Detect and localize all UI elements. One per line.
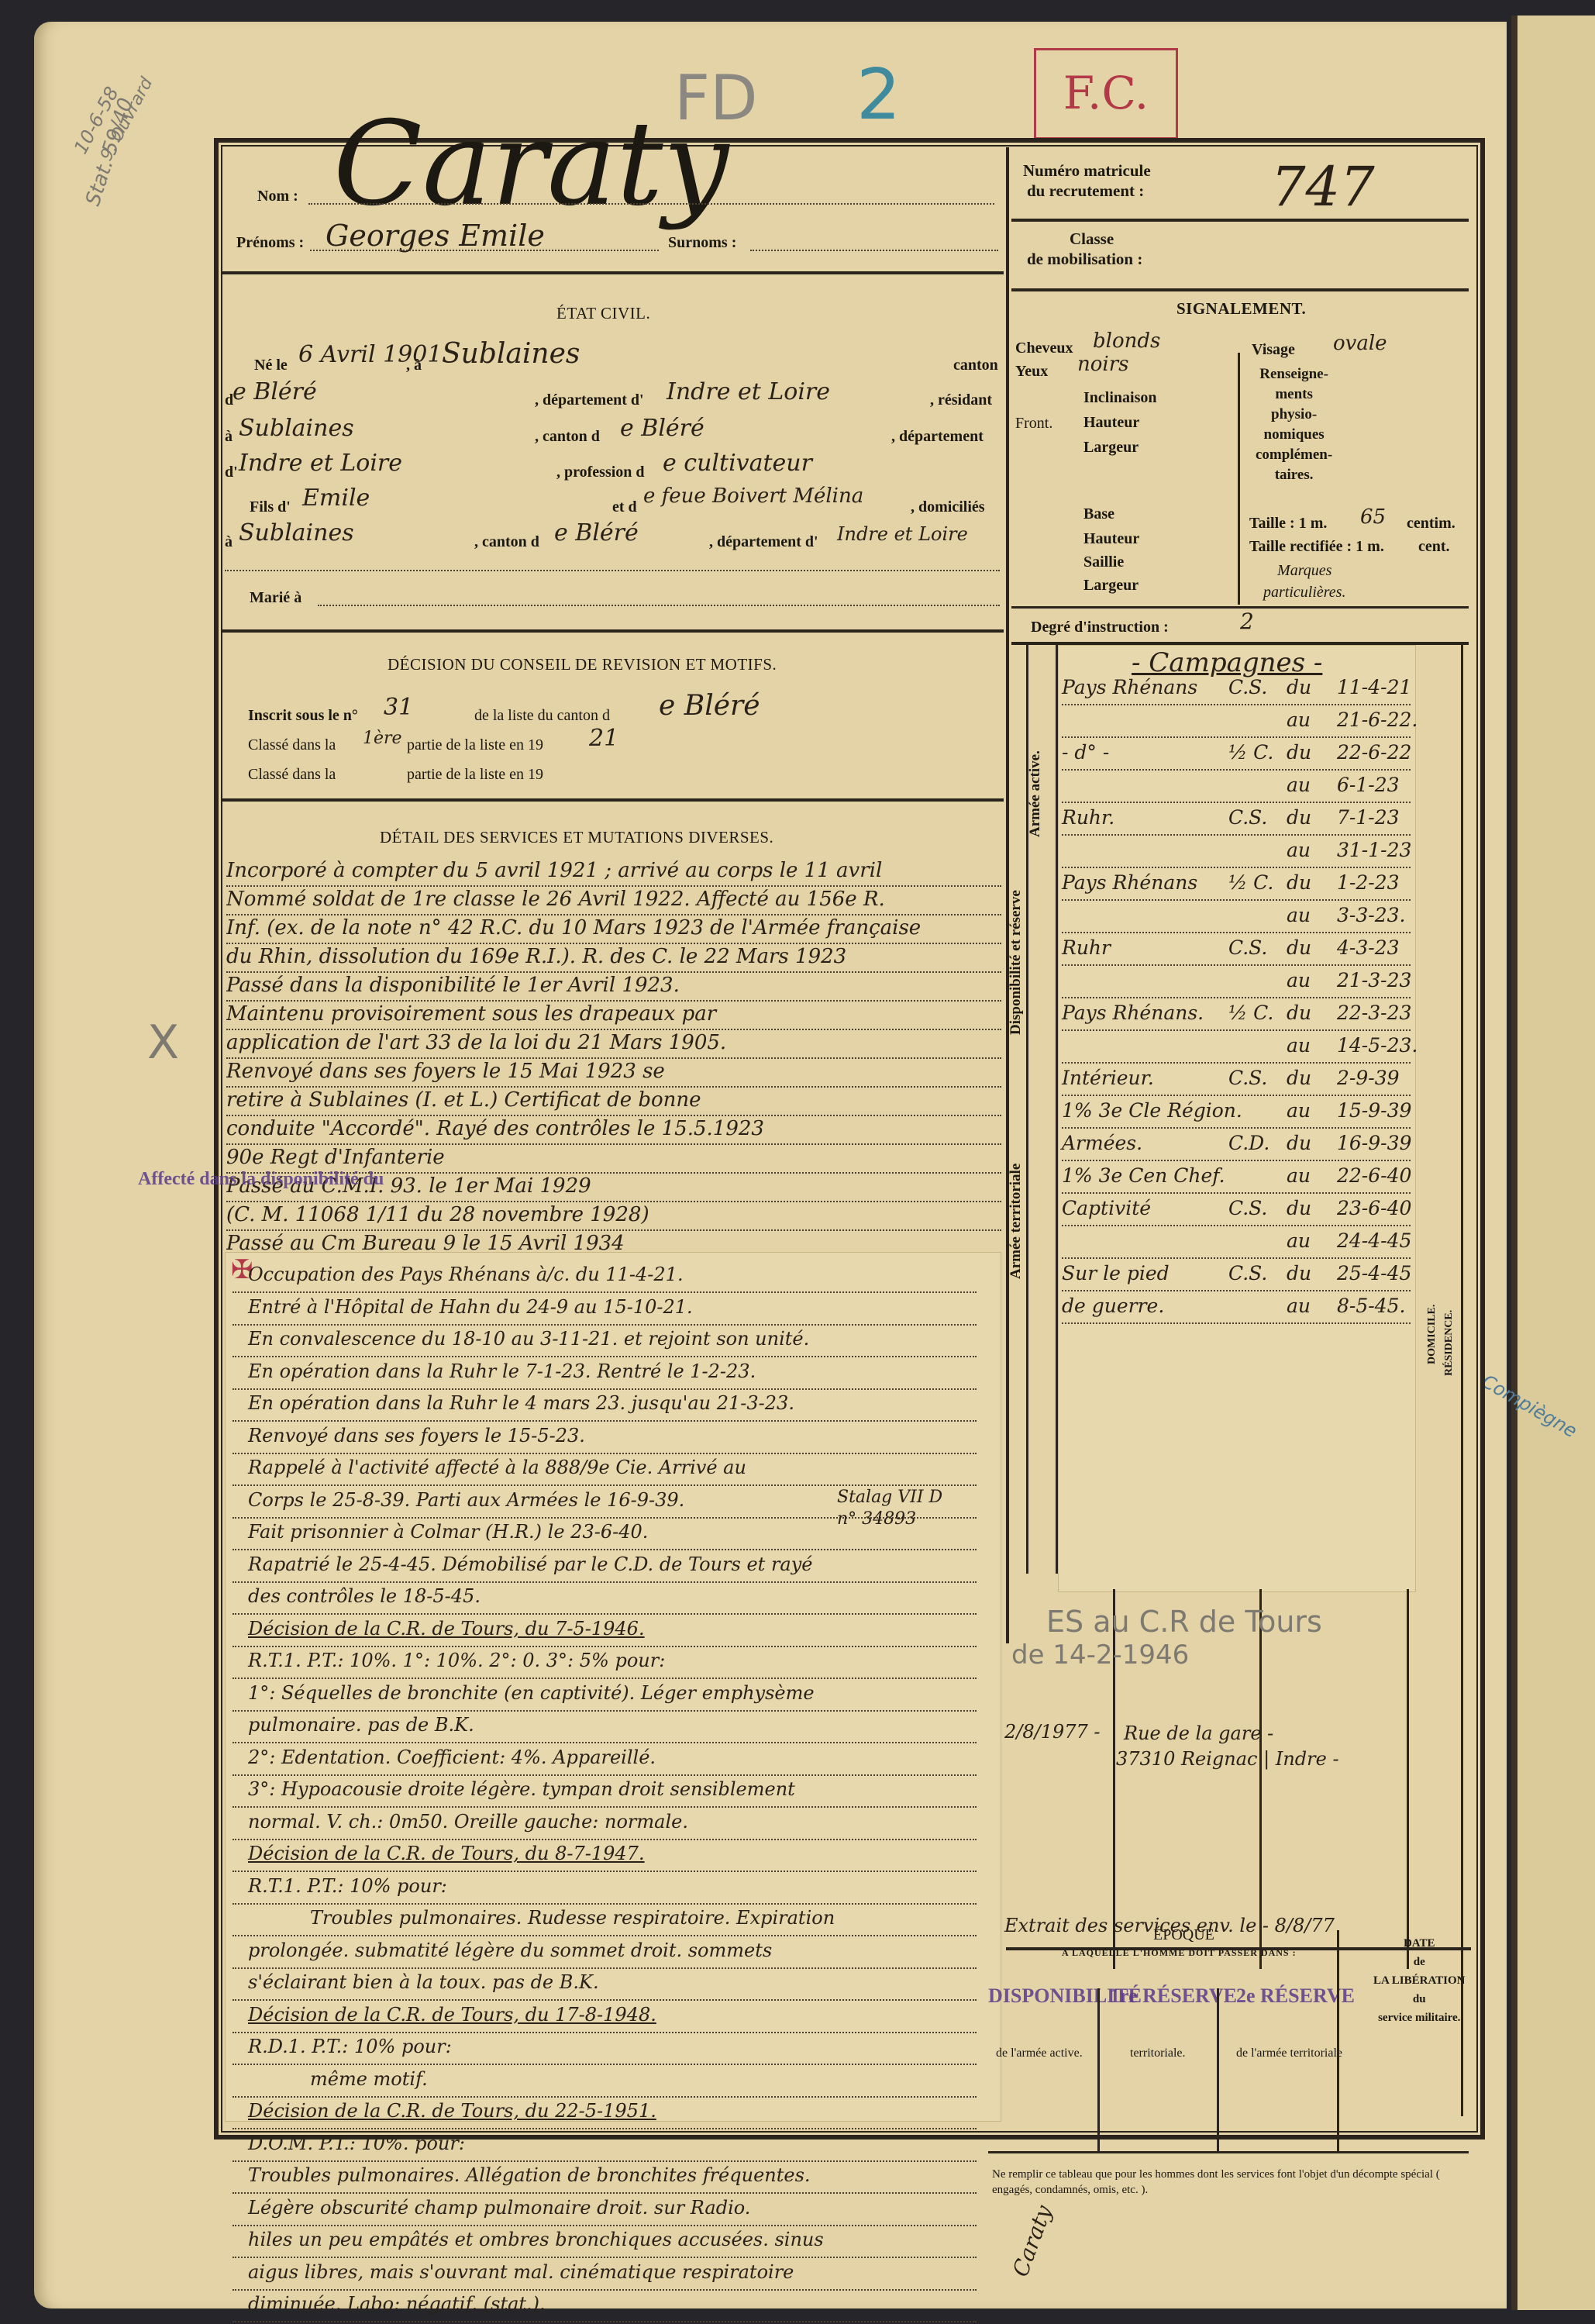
campagne-prep: au [1287,839,1311,861]
ruled-line [233,1356,977,1357]
ruled-line [226,1143,1001,1145]
ruled-line [1062,1095,1411,1096]
ruled-line [233,1613,977,1615]
ruled-line [1062,899,1411,901]
campagne-prep: au [1287,774,1311,796]
mere-label: et d [612,498,637,516]
nez-largeur-label: Largeur [1083,577,1139,595]
annotation-line: Corps le 25-8-39. Parti aux Armées le 16… [248,1489,684,1511]
service-line: 90e Regt d'Infanterie [226,1146,1001,1169]
ne-le-label: Né le [254,357,288,374]
marques-label: Marques particulières. [1263,560,1345,603]
departement-res-prefix: d' [225,464,238,481]
nom-label: Nom : [257,188,298,205]
ruled-line [1062,1029,1411,1031]
taille-value: 65 [1360,505,1386,529]
annotation-line: des contrôles le 18-5-45. [248,1585,481,1607]
divider [1259,1589,1262,1969]
ruled-line [233,1871,977,1872]
signalement-title: SIGNALEMENT. [1176,299,1306,319]
surnoms-line [750,250,998,251]
annotation-line: Décision de la C.R. de Tours, du 7-5-194… [248,1618,645,1640]
campagne-date: 22-6-40 [1337,1164,1411,1187]
ruled-line [226,885,1001,887]
annotation-line: Occupation des Pays Rhénans à/c. du 11-4… [248,1264,684,1285]
ruled-line [233,2096,977,2098]
campagne-prep: au [1287,1164,1311,1187]
divider [1217,1988,1219,2151]
col1-label: de l'armée active. [996,2046,1083,2060]
epoque-subtitle: A LAQUELLE L'HOMME DOIT PASSER DANS : [1062,1947,1297,1959]
ruled-line [226,1057,1001,1059]
departement-res-value: Indre et Loire [239,450,402,477]
ruled-line [233,1484,977,1486]
front-hauteur-label: Hauteur [1083,414,1139,432]
campagne-date: 24-4-45 [1337,1229,1411,1252]
red-stamp-fc: F.C. [1034,48,1178,140]
campagne-date: 22-3-23 [1337,1002,1411,1024]
ruled-line [1062,1225,1411,1226]
domicile-label: DOMICILE. [1426,1305,1438,1364]
classe1-annee-value: 21 [589,725,618,752]
ruled-line [233,1291,977,1293]
campagne-date: 23-6-40 [1337,1197,1411,1219]
annotation-line: Rappelé à l'activité affecté à la 888/9e… [248,1457,746,1478]
annotation-line: R.T.1. P.T.: 10%. 1°: 10%. 2°: 0. 3°: 5%… [248,1650,665,1671]
ruled-line [1062,1257,1411,1259]
ruled-line [233,1677,977,1679]
campagne-place: 1% 3e Cle Région. [1062,1099,1242,1122]
domicilies-label: , domiciliés [911,498,985,516]
nez-hauteur-label: Hauteur [1083,530,1139,548]
marie-line [318,605,1000,606]
campagne-place: de guerre. [1062,1295,1164,1317]
ruled-line [233,1806,977,1808]
ruled-line [1062,834,1411,836]
service-line: application de l'art 33 de la loi du 21 … [226,1031,1001,1054]
degre-instruction-label: Degré d'instruction : [1031,619,1169,636]
ruled-line [233,2192,977,2194]
ruled-line [1062,1290,1411,1291]
nom-value: Caraty [333,97,729,232]
campagne-date: 16-9-39 [1337,1132,1411,1154]
armee-active-label: Armée active. [1027,750,1044,837]
annotation-line: pulmonaire. pas de B.K. [248,1714,474,1736]
annotation-line: Décision de la C.R. de Tours, du 8-7-194… [248,1843,645,1864]
campagne-date: 21-3-23 [1337,969,1411,991]
matricule-label-1: Numéro matricule [1023,161,1151,181]
campagne-type: ½ C. [1228,871,1273,894]
classe2-partie-label: partie de la liste en 19 [407,766,543,784]
campagne-date: 7-1-23 [1337,806,1400,829]
annotation-line: prolongée. submatité légère du sommet dr… [248,1940,772,1961]
ruled-line [233,1774,977,1776]
degre-instruction-value: 2 [1240,609,1254,634]
fils-label: Fils d' [250,498,291,516]
annotation-line: hiles un peu empâtés et ombres bronchiqu… [248,2229,824,2250]
campagne-prep: au [1287,1034,1311,1057]
campagne-date: 2-9-39 [1337,1067,1400,1089]
divider [221,271,1004,274]
profession-value: e cultivateur [663,450,812,477]
service-line: conduite "Accordé". Rayé des contrôles l… [226,1117,1001,1140]
ruled-line [1062,704,1411,705]
domicile-note-line2: de 14-2-1946 [1011,1640,1189,1671]
ruled-line [1062,736,1411,738]
campagne-date: 31-1-23 [1337,839,1411,861]
nez-base-label: Base [1083,505,1114,523]
marie-label: Marié à [250,589,301,607]
a-label: , à [406,357,422,374]
campagne-prep: au [1287,1295,1311,1317]
ruled-line [233,1839,977,1840]
campagne-row: de guerre.au8-5-45. [1062,1295,1418,1341]
canton-res-label: , canton d [535,428,600,446]
stalag-note-line: Stalag VII D [837,1487,942,1509]
campagne-prep: du [1287,676,1311,698]
campagne-prep: au [1287,709,1311,731]
classe-label-1: Classe [1070,229,1114,249]
campagnes-title: - Campagnes - [1132,647,1322,678]
campagne-prep: du [1287,741,1311,764]
campagne-place: Intérieur. [1062,1067,1154,1089]
campagne-date: 6-1-23 [1337,774,1400,796]
ruled-line [226,1029,1001,1030]
campagne-date: 21-6-22. [1337,709,1418,731]
ruled-line [226,943,1001,944]
ruled-line [1062,1322,1411,1324]
ruled-line [233,2289,977,2291]
ruled-line [233,2257,977,2258]
disponibilite-label: Disponibilité et réserve [1008,890,1025,1035]
campagne-type: C.S. [1228,1067,1267,1089]
annotation-line: même motif. [310,2068,428,2090]
residence-a-label: à [225,428,233,446]
campagne-prep: du [1287,871,1311,894]
ruled-line [226,914,1001,915]
ruled-line [233,1420,977,1422]
annotation-line: En opération dans la Ruhr le 4 mars 23. … [248,1392,794,1414]
taille-unit: centim. [1407,515,1455,533]
profession-label: , profession d [556,464,645,481]
service-line: (C. M. 11068 1/11 du 28 novembre 1928) [226,1203,1001,1226]
campagne-type: C.S. [1228,806,1267,829]
campagne-type: C.S. [1228,1262,1267,1284]
annotation-line: R.D.1. P.T.: 10% pour: [248,2036,452,2057]
stalag-note-number: n° 34893 [837,1509,942,1530]
cheveux-value: blonds [1093,329,1160,353]
campagne-place: Pays Rhénans [1062,871,1197,894]
liste-value: e Bléré [659,690,760,722]
classe-label-2: de mobilisation : [1027,250,1142,269]
taille-rectifiee-unit: cent. [1418,538,1450,556]
col2-label: territoriale. [1130,2046,1186,2060]
domicile-value: Sublaines [239,519,354,547]
campagne-type: C.S. [1228,936,1267,959]
ruled-line [233,1967,977,1969]
ruled-line [1062,964,1411,966]
annotation-line: 1°: Séquelles de bronchite (en captivité… [248,1682,815,1704]
ruled-line [233,2225,977,2226]
campagne-place: Captivité [1062,1197,1151,1219]
blank-line [225,570,1000,571]
taille-label: Taille : 1 m. [1249,515,1327,533]
epoque-title: ÉPOQUE [1153,1926,1214,1944]
divider [1461,643,1463,2116]
divider [221,798,1004,802]
campagne-type: C.S. [1228,1197,1267,1219]
annotation-line: 3°: Hypoacousie droite légère. tympan dr… [248,1778,795,1800]
ruled-line [1062,1192,1411,1194]
campagne-prep: au [1287,969,1311,991]
campagne-prep: au [1287,1099,1311,1122]
campagne-prep: du [1287,1197,1311,1219]
campagne-date: 1-2-23 [1337,871,1400,894]
classe1-label: Classé dans la [248,736,336,754]
ruled-line [1062,769,1411,771]
ruled-line [233,1999,977,2001]
margin-x-mark: X [147,1015,179,1070]
annotation-line: normal. V. ch.: 0m50. Oreille gauche: no… [248,1811,688,1833]
nom-line [308,203,994,205]
annotation-line: Renvoyé dans ses foyers le 15-5-23. [248,1425,585,1446]
visage-value: ovale [1333,332,1387,355]
campagne-type: C.D. [1228,1132,1269,1154]
prenoms-line [310,250,659,251]
top-code-number: 2 [856,54,901,136]
service-line: Incorporé à compter du 5 avril 1921 ; ar… [226,859,1001,882]
annotation-line: En convalescence du 18-10 au 3-11-21. et… [248,1328,809,1350]
campagne-type: C.S. [1228,676,1267,698]
etat-civil-title: ÉTAT CIVIL. [556,304,650,323]
campagne-date: 11-4-21 [1337,676,1411,698]
campagne-prep: du [1287,1002,1311,1024]
service-line: Nommé soldat de 1re classe le 26 Avril 1… [226,888,1001,911]
lieu-naissance-value: Sublaines [442,338,580,370]
prenoms-value: Georges Emile [326,219,545,253]
campagne-date: 15-9-39 [1337,1099,1411,1122]
annotation-line: Décision de la C.R. de Tours, du 17-8-19… [248,2004,656,2026]
service-line: Maintenu provisoirement sous les drapeau… [226,1002,1001,1026]
ruled-line [233,2321,977,2322]
ruled-line [1062,1160,1411,1161]
mere-value: e feue Boivert Mélina [643,484,863,508]
classe2-label: Classé dans la [248,766,336,784]
ruled-line [1062,867,1411,868]
campagne-prep: du [1287,1132,1311,1154]
pere-value: Emile [302,484,370,512]
campagne-date: 14-5-23. [1337,1034,1418,1057]
ruled-line [233,2032,977,2033]
canton-value: e Bléré [233,378,317,405]
divider [1011,219,1469,222]
domicile-dept-value: Indre et Loire [837,523,968,545]
departement-label: , département d' [535,391,644,409]
annotation-line: Légère obscurité champ pulmonaire droit.… [248,2197,750,2219]
campagne-type: ½ C. [1228,741,1273,764]
ruled-line [233,1453,977,1454]
canton-label: canton [953,357,998,374]
ruled-line [1062,1127,1411,1129]
ruled-line [233,2128,977,2129]
campagne-prep: du [1287,936,1311,959]
yeux-value: noirs [1077,353,1129,376]
ruled-line [233,1388,977,1390]
annotation-line: s'éclairant bien à la toux. pas de B.K. [248,1971,599,1993]
yeux-label: Yeux [1015,363,1048,381]
surnoms-label: Surnoms : [668,234,736,252]
campagne-place: - d° - [1062,741,1109,764]
service-line: Passé dans la disponibilité le 1er Avril… [226,974,1001,997]
domicile-a-label: à [225,533,233,551]
ruled-line [226,1229,1001,1231]
inscrit-label: Inscrit sous le n° [248,707,358,725]
annotation-line: Fait prisonnier à Colmar (H.R.) le 23-6-… [248,1521,648,1543]
campagne-place: 1% 3e Cen Chef. [1062,1164,1225,1187]
front-largeur-label: Largeur [1083,439,1139,457]
stalag-note: Stalag VII D n° 34893 [837,1487,942,1530]
ruled-line [233,1742,977,1743]
service-line: du Rhin, dissolution du 169e R.I.). R. d… [226,945,1001,968]
divider [1011,288,1469,291]
divider [221,629,1004,633]
next-page-edge [1511,16,1595,2310]
ruled-line [226,1115,1001,1116]
campagne-prep: au [1287,904,1311,926]
campagne-place: Ruhr [1062,936,1111,959]
front-inclinaison-label: Inclinaison [1083,389,1156,407]
departement-res-label: , département [891,428,984,446]
domicile-address1: Rue de la gare - [1124,1722,1273,1744]
campagne-place: Armées. [1062,1132,1142,1154]
annotation-line: En opération dans la Ruhr le 7-1-23. Ren… [248,1360,756,1382]
nez-saillie-label: Saillie [1083,553,1124,571]
annotation-line: diminuée. Labo: négatif. (stat.). [248,2293,546,2315]
annotation-line: Troubles pulmonaires. Rudesse respiratoi… [310,1907,835,1929]
domicile-date: 2/8/1977 - [1004,1721,1101,1743]
ruled-line [233,1581,977,1583]
ruled-line [1062,932,1411,933]
cheveux-label: Cheveux [1015,340,1073,357]
campagne-date: 8-5-45. [1337,1295,1405,1317]
campagne-prep: du [1287,1067,1311,1089]
service-line: Inf. (ex. de la note n° 42 R.C. du 10 Ma… [226,916,1001,940]
domicile-address2: 37310 Reignac | Indre - [1116,1748,1339,1770]
annotation-line: 2°: Edentation. Coefficient: 4%. Apparei… [248,1746,656,1768]
domicile-dept-label: , département d' [709,533,818,551]
ruled-line [233,2064,977,2065]
visage-label: Visage [1252,341,1295,359]
ruled-line [226,1000,1001,1002]
campagne-place: Sur le pied [1062,1262,1170,1284]
liste-label: de la liste du canton d [474,707,610,725]
ruled-line [233,1710,977,1712]
ruled-line [233,1903,977,1905]
campagne-place: Pays Rhénans [1062,676,1197,698]
renseignements-label: Renseigne- ments physio- nomiques complé… [1256,364,1332,485]
armee-territoriale-label: Armée territoriale [1008,1164,1025,1279]
service-line: retire à Sublaines (I. et L.) Certificat… [226,1088,1001,1112]
residence-value: Sublaines [239,415,354,442]
campagne-date: 4-3-23 [1337,936,1400,959]
prenoms-label: Prénoms : [236,234,304,252]
residant-label: , résidant [930,391,992,409]
ruled-line [226,971,1001,973]
ruled-line [233,1549,977,1550]
ruled-line [226,1086,1001,1088]
campagne-type: ½ C. [1228,1002,1273,1024]
col3-label: de l'armée territoriale [1236,2046,1342,2060]
epoque-note: Ne remplir ce tableau que pour les homme… [992,2167,1457,2198]
ruled-line [1062,1062,1411,1064]
ruled-line [233,1935,977,1936]
taille-rectifiee-label: Taille rectifiée : 1 m. [1249,538,1384,556]
campagne-place: Ruhr. [1062,806,1114,829]
campagne-prep: du [1287,806,1311,829]
annotation-line: aigus libres, mais s'ouvrant mal. cinéma… [248,2261,794,2283]
ruled-line [233,2160,977,2162]
col4-title: DATE de LA LIBÉRATION du service militai… [1373,1934,1466,2027]
campagne-place: Pays Rhénans. [1062,1002,1204,1024]
annotation-line: Rapatrié le 25-4-45. Démobilisé par le C… [248,1553,813,1575]
ruled-line [233,1646,977,1647]
domicile-note-line1: ES au C.R de Tours [1046,1605,1322,1639]
matricule-value: 747 [1271,155,1375,219]
campagne-date: 3-3-23. [1337,904,1405,926]
campagne-date: 22-6-22 [1337,741,1411,764]
front-label: Front. [1015,415,1052,433]
campagne-prep: au [1287,1229,1311,1252]
canton-res-value: e Bléré [620,415,704,442]
disponibilite-stamp: Affecté dans la disponibilité du [138,1169,384,1190]
annotation-line: Décision de la C.R. de Tours, du 22-5-19… [248,2100,656,2122]
inscrit-value: 31 [384,694,413,721]
ruled-line [233,1324,977,1326]
divider [988,2151,1469,2153]
classe1-partie-value: 1ère [363,729,402,748]
divider [1097,1988,1100,2151]
campagne-date: 25-4-45 [1337,1262,1411,1284]
campagne-prep: du [1287,1262,1311,1284]
divider [1407,1589,1409,1969]
service-line: Renvoyé dans ses foyers le 15 Mai 1923 s… [226,1060,1001,1083]
divider [1337,1930,1339,2151]
matricule-label-2: du recrutement : [1027,181,1144,201]
departement-value: Indre et Loire [667,378,830,405]
ruled-line [1062,802,1411,803]
annotation-line: R.T.1. P.T.: 10% pour: [248,1875,447,1897]
domicile-canton-label: , canton d [474,533,539,551]
services-title: DÉTAIL DES SERVICES ET MUTATIONS DIVERSE… [380,828,773,847]
annotation-line: Entré à l'Hôpital de Hahn du 24-9 au 15-… [248,1296,693,1318]
ruled-line [226,1201,1001,1202]
annotation-line: Troubles pulmonaires. Allégation de bron… [248,2164,811,2186]
ruled-line [1062,997,1411,998]
divider [1238,353,1240,605]
domicile-canton-value: e Bléré [554,519,639,547]
conseil-title: DÉCISION DU CONSEIL DE REVISION ET MOTIF… [388,655,777,674]
annotation-line: D.O.M. P.T.: 10%. pour: [248,2133,465,2154]
residence-label: RÉSIDENCE. [1443,1310,1455,1376]
classe1-partie-label: partie de la liste en 19 [407,736,543,754]
